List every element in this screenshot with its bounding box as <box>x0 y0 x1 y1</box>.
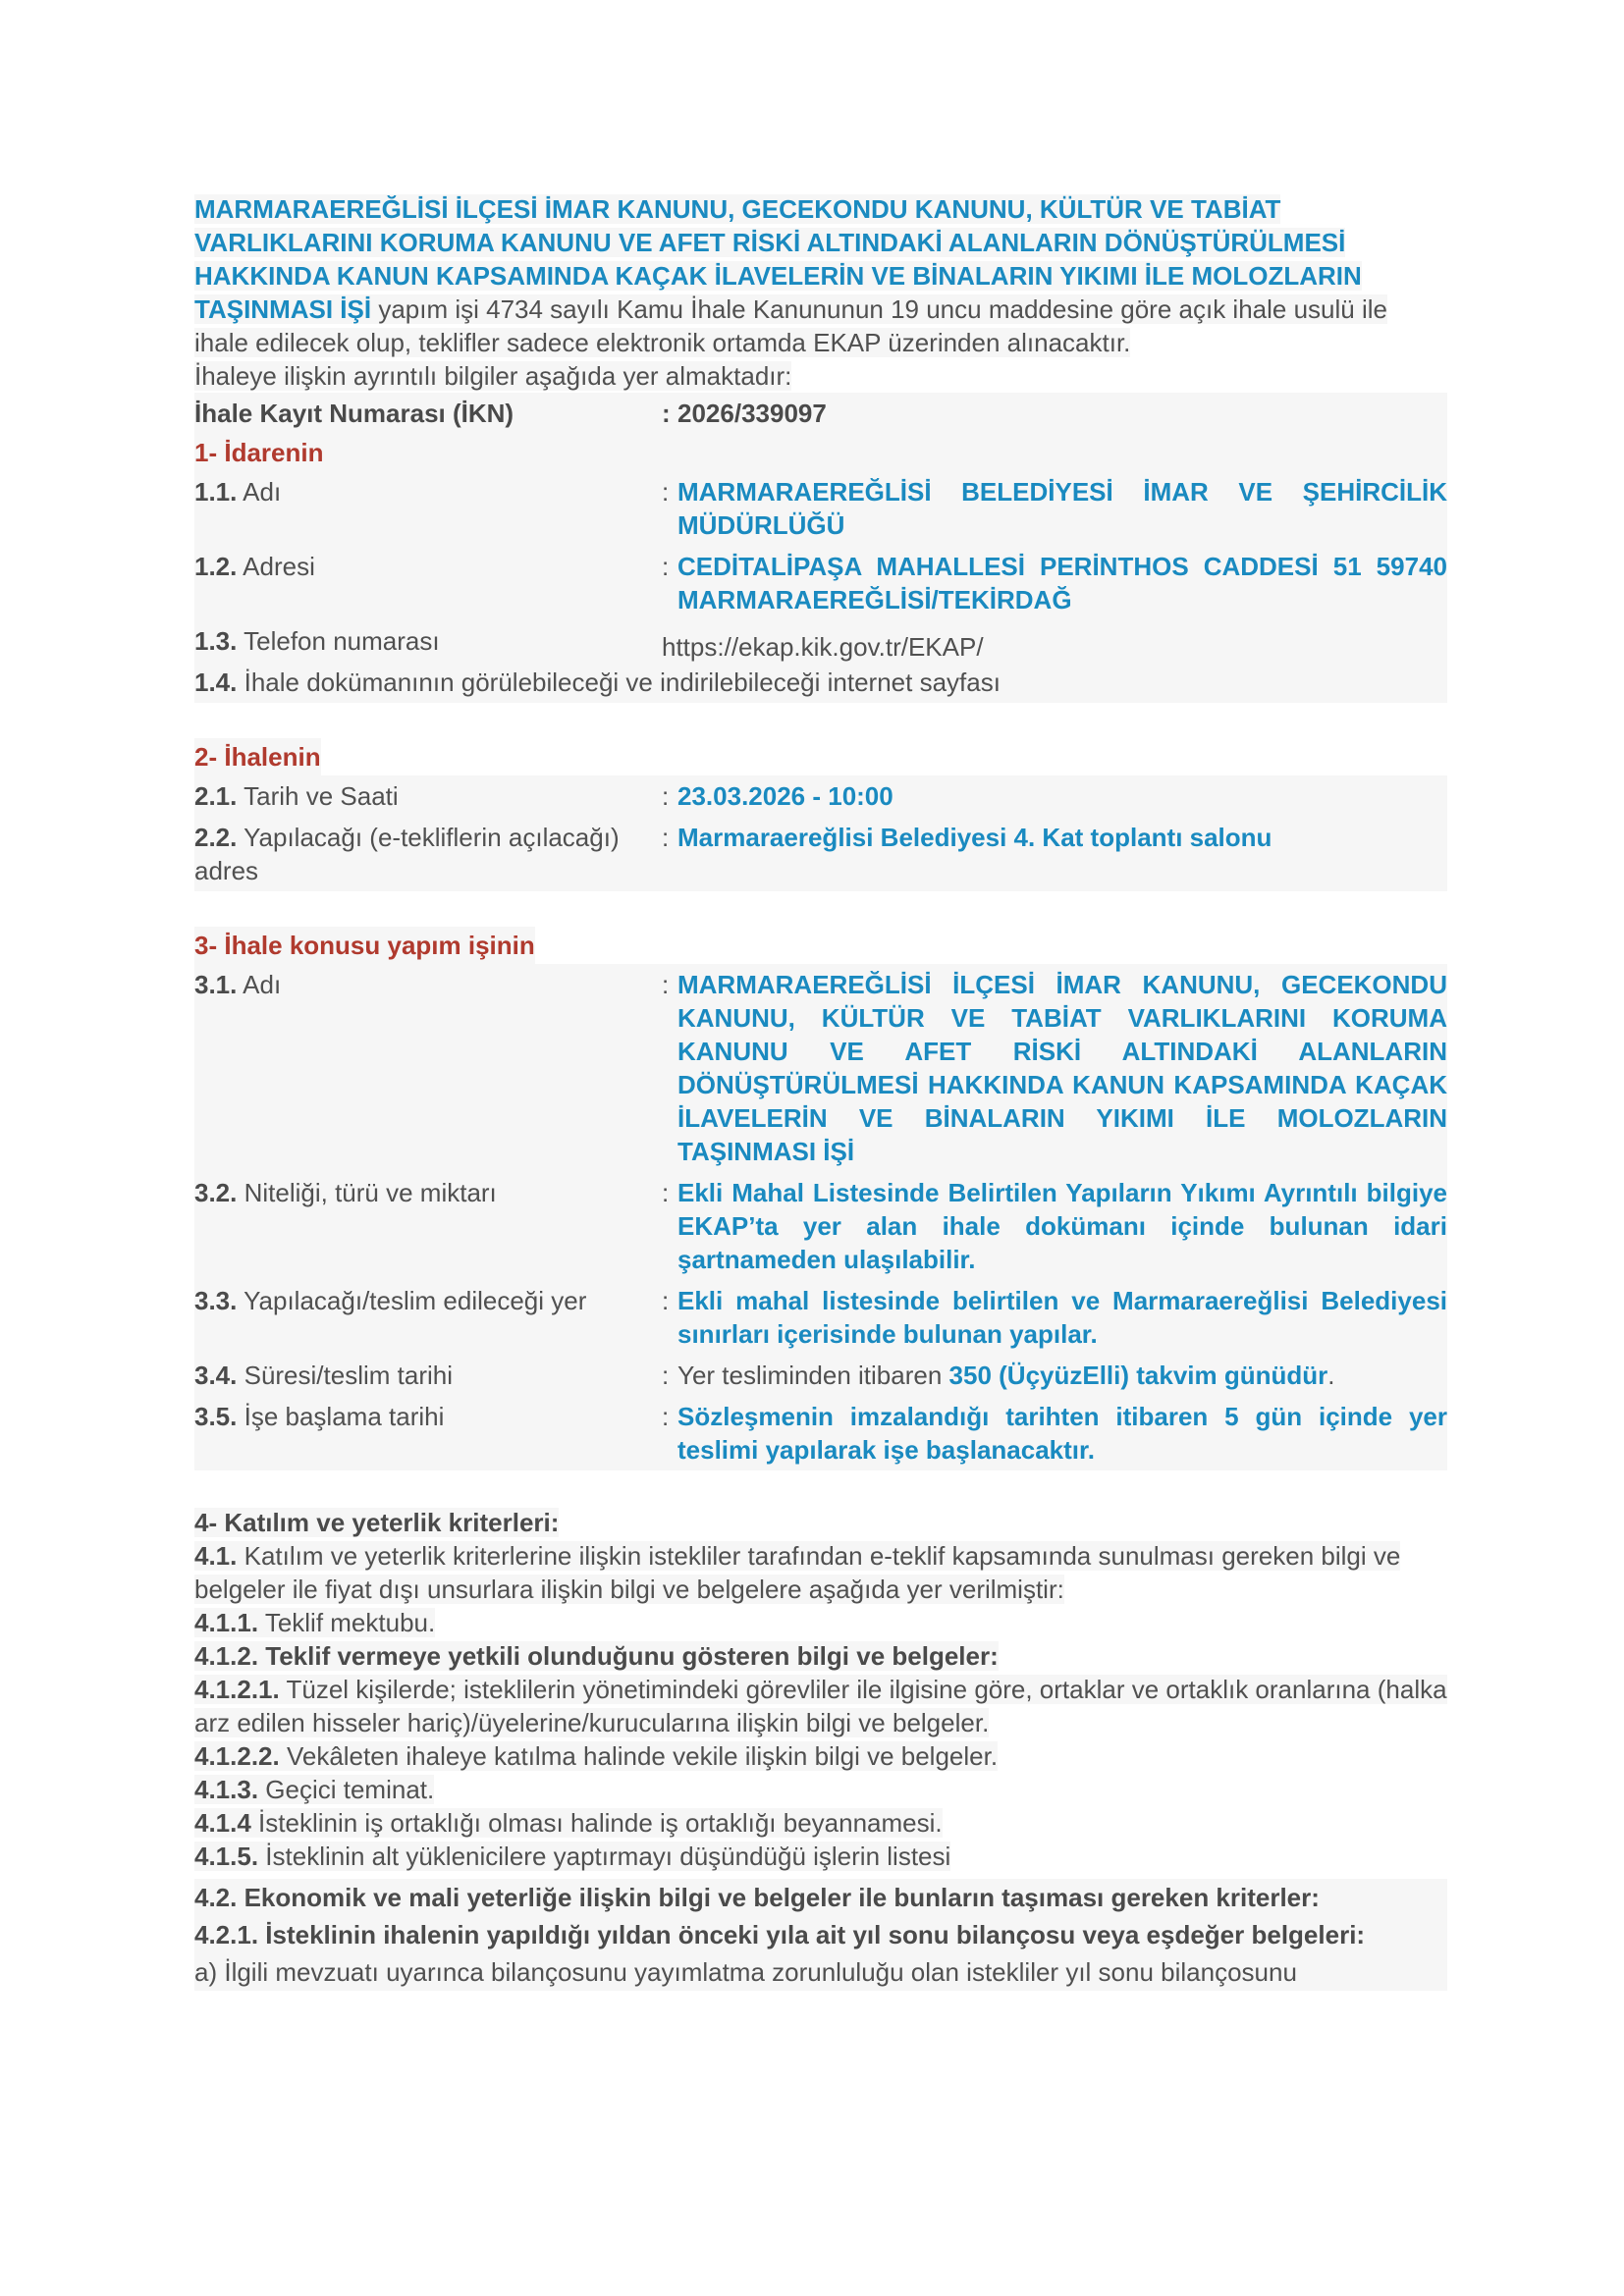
ikn-value: 2026/339097 <box>677 397 1447 430</box>
section4-heading: 4- Katılım ve yeterlik kriterleri: <box>194 1508 559 1537</box>
ekap-link[interactable]: https://ekap.kik.gov.tr/EKAP/ <box>662 630 984 664</box>
section2-heading: 2- İhalenin <box>194 738 321 775</box>
row-3-5: 3.5. İşe başlama tarihi : Sözleşmenin im… <box>194 1396 1447 1470</box>
intro-text: yapım işi 4734 sayılı Kamu İhale Kanunun… <box>194 294 1387 357</box>
section2-block: 2.1. Tarih ve Saati : 23.03.2026 - 10:00… <box>194 775 1447 891</box>
colon: : <box>662 397 677 430</box>
row-3-2: 3.2. Niteliği, türü ve miktarı : Ekli Ma… <box>194 1172 1447 1280</box>
row-2-2: 2.2. Yapılacağı (e-tekliflerin açılacağı… <box>194 817 1447 891</box>
work-duration: Yer tesliminden itibaren 350 (ÜçyüzElli)… <box>677 1359 1447 1392</box>
work-name: MARMARAEREĞLİSİ İLÇESİ İMAR KANUNU, GECE… <box>677 968 1447 1168</box>
work-nature: Ekli Mahal Listesinde Belirtilen Yapılar… <box>677 1176 1447 1276</box>
row-1-4: 1.4. İhale dokümanının görülebileceği ve… <box>194 662 1447 703</box>
section3-heading: 3- İhale konusu yapım işinin <box>194 927 535 964</box>
intro-paragraph: MARMARAEREĞLİSİ İLÇESİ İMAR KANUNU, GECE… <box>194 192 1447 359</box>
details-note: İhaleye ilişkin ayrıntılı bilgiler aşağı… <box>194 359 1447 393</box>
row-1-1: 1.1. Adı : MARMARAEREĞLİSİ BELEDİYESİ İM… <box>194 471 1447 546</box>
admin-address: CEDİTALİPAŞA MAHALLESİ PERİNTHOS CADDESİ… <box>677 550 1447 616</box>
work-location: Ekli mahal listesinde belirtilen ve Marm… <box>677 1284 1447 1351</box>
section1-heading: 1- İdarenin <box>194 438 323 467</box>
tender-announcement: MARMARAEREĞLİSİ İLÇESİ İMAR KANUNU, GECE… <box>194 192 1447 1991</box>
row-3-4: 3.4. Süresi/teslim tarihi : Yer teslimin… <box>194 1355 1447 1396</box>
row-3-1: 3.1. Adı : MARMARAEREĞLİSİ İLÇESİ İMAR K… <box>194 964 1447 1172</box>
row-2-1: 2.1. Tarih ve Saati : 23.03.2026 - 10:00 <box>194 775 1447 817</box>
row-1-2: 1.2. Adresi : CEDİTALİPAŞA MAHALLESİ PER… <box>194 546 1447 620</box>
ikn-row: İhale Kayıt Numarası (İKN) : 2026/339097 <box>194 393 1447 434</box>
ikn-label: İhale Kayıt Numarası (İKN) <box>194 397 662 430</box>
work-start: Sözleşmenin imzalandığı tarihten itibare… <box>677 1400 1447 1467</box>
admin-name: MARMARAEREĞLİSİ BELEDİYESİ İMAR VE ŞEHİR… <box>677 475 1447 542</box>
section4: 4- Katılım ve yeterlik kriterleri: 4.1. … <box>194 1506 1447 1991</box>
tender-datetime: 23.03.2026 - 10:00 <box>677 779 1447 813</box>
tender-venue: Marmaraereğlisi Belediyesi 4. Kat toplan… <box>677 821 1447 854</box>
section3-block: 3.1. Adı : MARMARAEREĞLİSİ İLÇESİ İMAR K… <box>194 964 1447 1470</box>
row-3-3: 3.3. Yapılacağı/teslim edileceği yer : E… <box>194 1280 1447 1355</box>
